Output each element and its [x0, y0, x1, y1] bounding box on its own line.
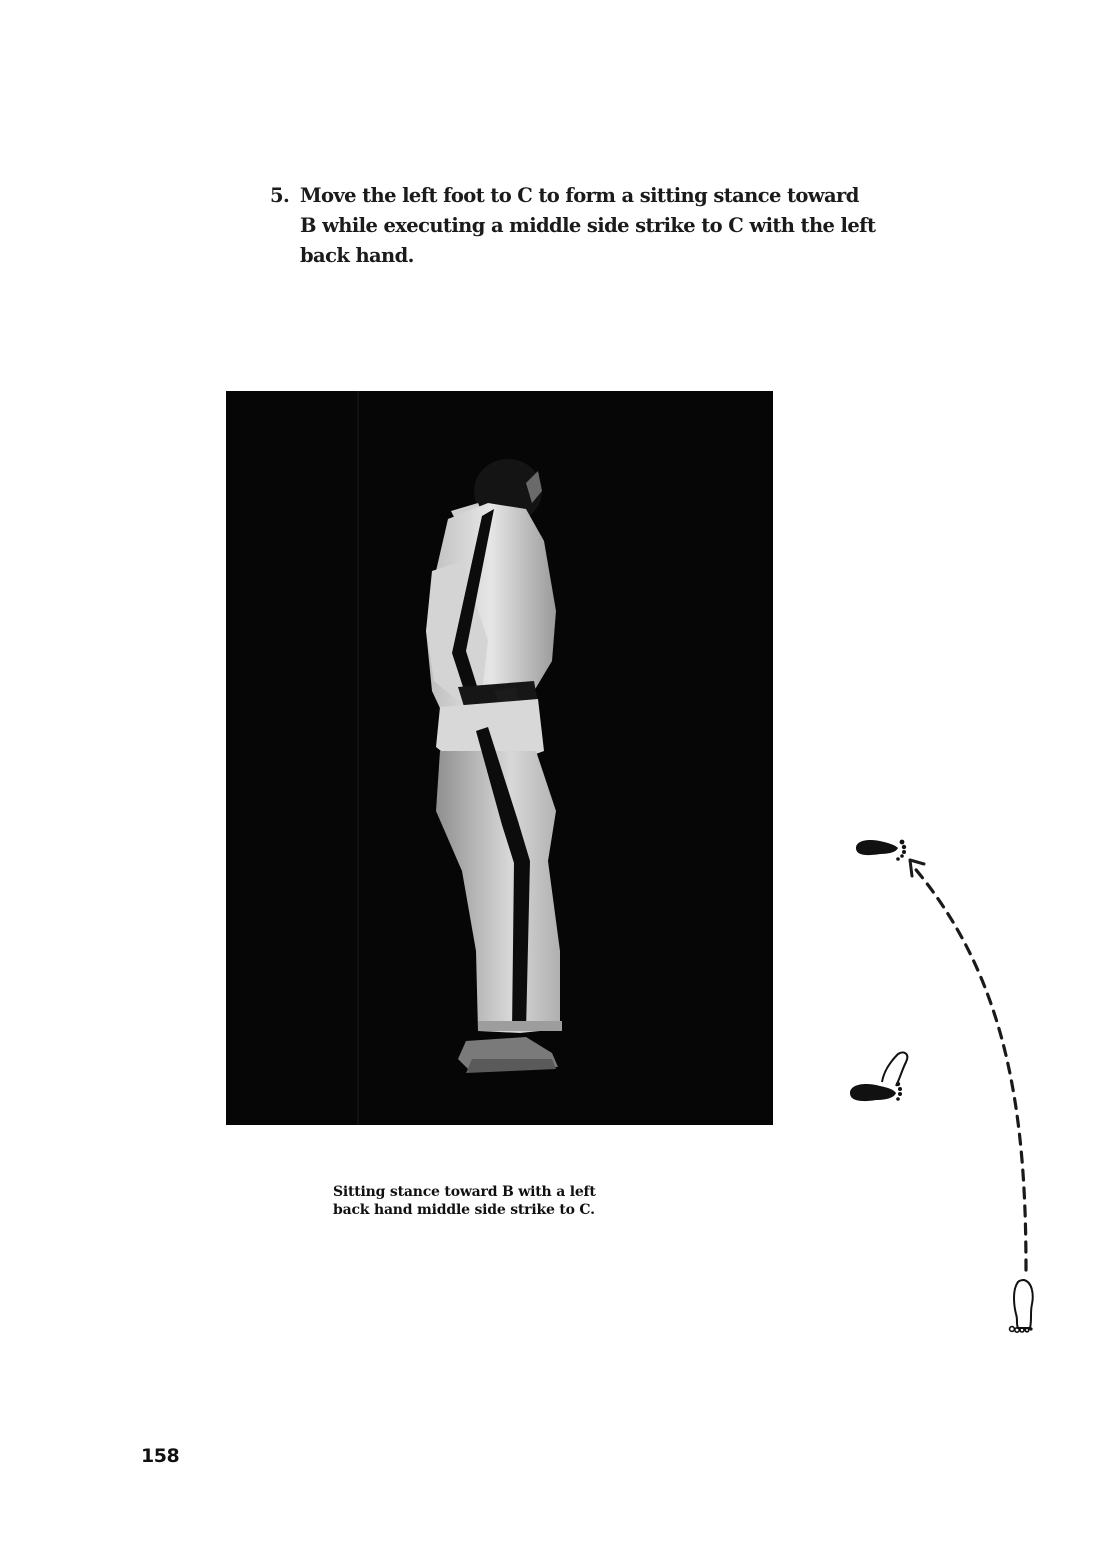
page-number: 158	[141, 1445, 179, 1467]
instruction-line-2: B while executing a middle side strike t…	[270, 211, 910, 241]
karate-figure-illustration	[226, 391, 773, 1125]
footprint-start-outline-icon	[1010, 1280, 1033, 1332]
footprint-end-solid-icon	[856, 840, 906, 861]
photo-caption: Sitting stance toward B with a left back…	[333, 1183, 693, 1219]
instruction-line-3: back hand.	[270, 241, 910, 271]
instruction-line-1: 5.Move the left foot to C to form a sitt…	[270, 181, 910, 211]
caption-line-2: back hand middle side strike to C.	[333, 1201, 693, 1219]
step-number: 5.	[270, 181, 300, 211]
footwork-diagram	[840, 820, 1060, 1340]
footprint-middle-solid-icon	[850, 1052, 907, 1101]
karate-stance-photo	[226, 391, 773, 1125]
step-instruction: 5.Move the left foot to C to form a sitt…	[270, 181, 910, 271]
dashed-arrow-path-icon	[910, 860, 1026, 1270]
caption-line-1: Sitting stance toward B with a left	[333, 1183, 693, 1201]
